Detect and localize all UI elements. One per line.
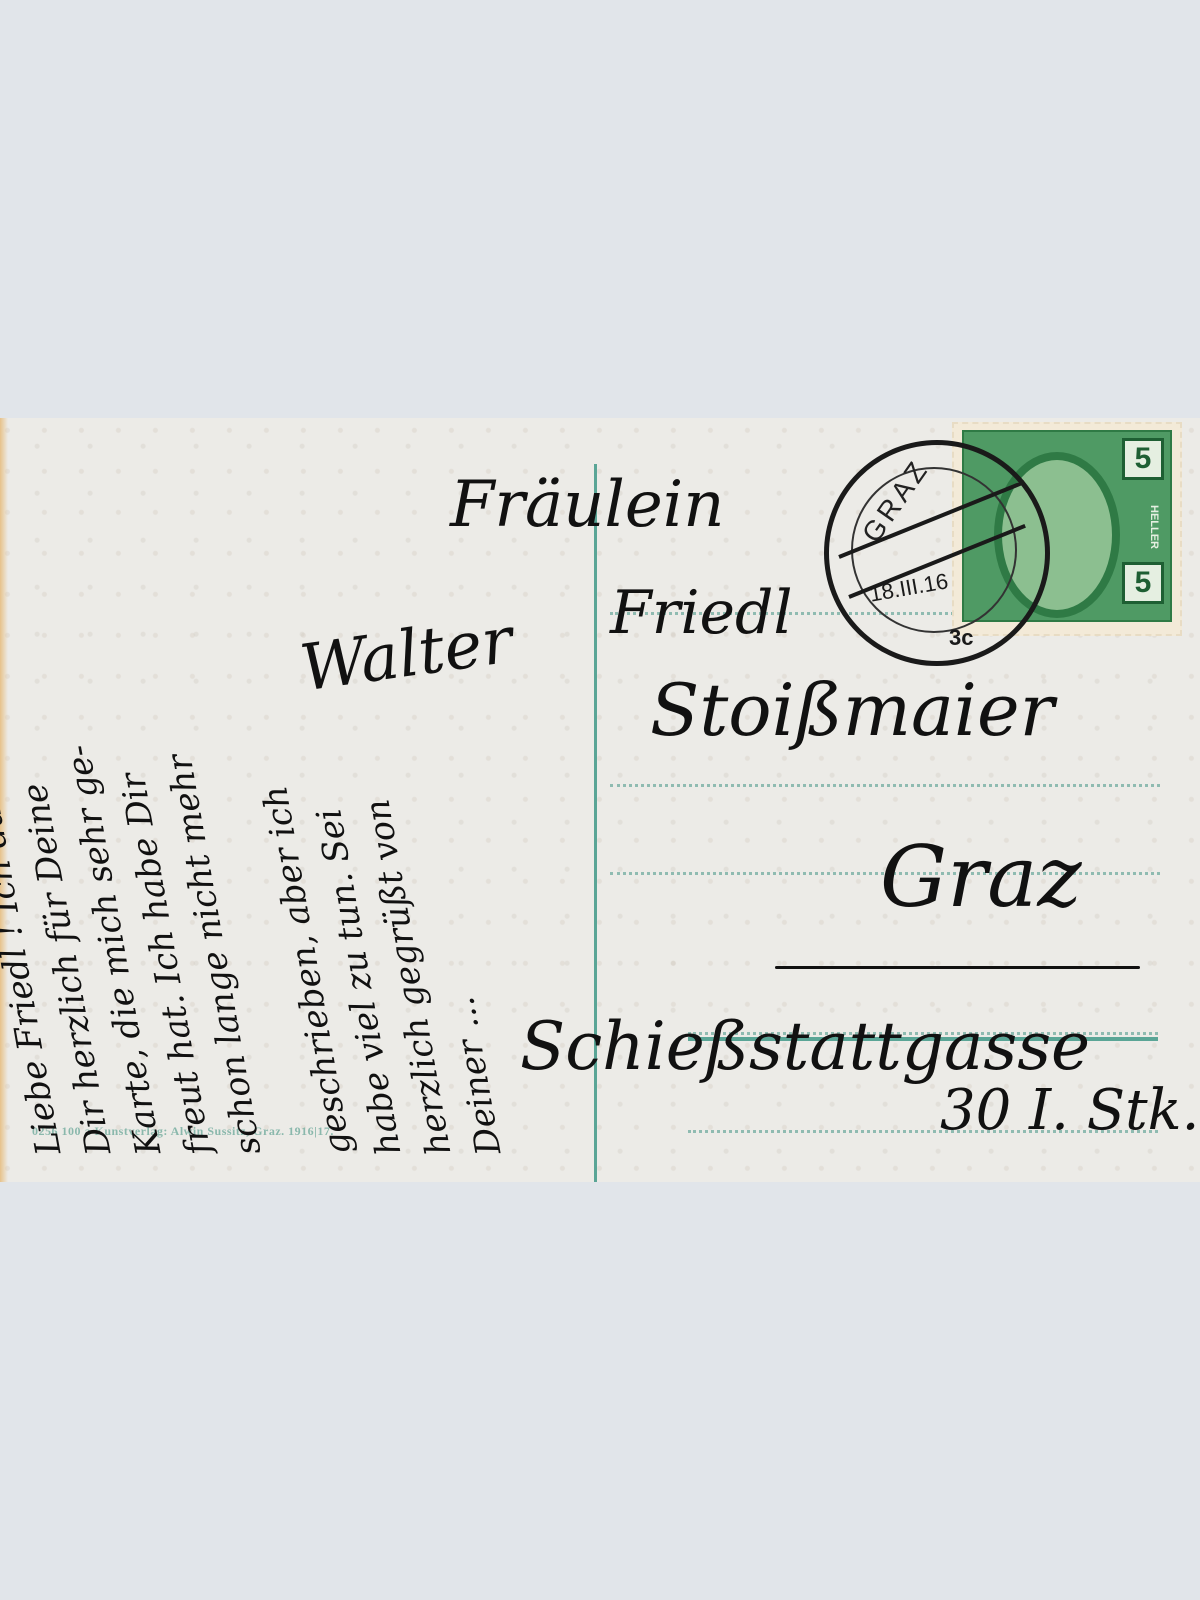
postcard-back: 0256 100 a Kunstverlag: Alwin Sussitz, G… <box>0 418 1200 1182</box>
address-city: Graz <box>880 828 1082 926</box>
address-line-2 <box>610 784 1160 787</box>
stamp-currency: HELLER <box>1130 502 1160 552</box>
city-underline <box>775 966 1140 969</box>
message-signature: Walter <box>296 604 517 707</box>
postmark-office: 3c <box>949 625 973 651</box>
address-street: Schießstattgasse <box>520 1008 1090 1085</box>
stamp-denomination-bottom: 5 <box>1122 562 1164 604</box>
address-number: 30 I. Stk. <box>940 1078 1199 1143</box>
address-salutation: Fräulein <box>450 468 724 542</box>
address-first-name: Friedl <box>610 578 793 648</box>
stamp-denomination-top: 5 <box>1122 438 1164 480</box>
address-last-name: Stoißmaier <box>650 668 1054 752</box>
postmark: GRAZ 18.III.16 3c <box>824 440 1050 666</box>
